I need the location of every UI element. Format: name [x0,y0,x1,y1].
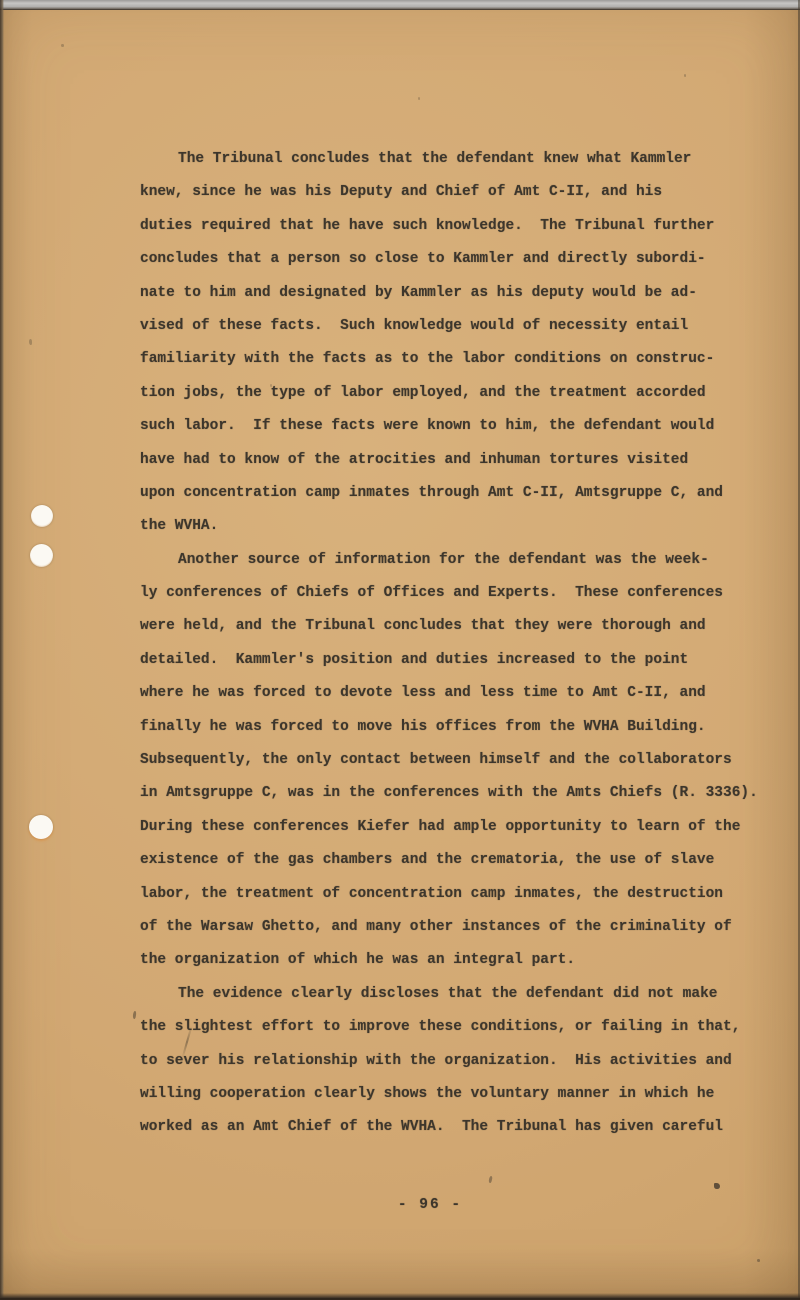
text-line: detailed. Kammler's position and duties … [140,644,780,677]
punch-hole [29,815,53,839]
paragraph: The Tribunal concludes that the defendan… [140,143,780,544]
text-line: were held, and the Tribunal concludes th… [140,610,780,643]
text-line: knew, since he was his Deputy and Chief … [140,176,780,209]
text-line: to sever his relationship with the organ… [140,1045,780,1078]
punch-hole [30,544,53,567]
scanner-edge-bottom [0,1293,800,1300]
text-line: The Tribunal concludes that the defendan… [140,143,780,176]
paragraph: The evidence clearly discloses that the … [140,978,780,1145]
text-line: of the Warsaw Ghetto, and many other ins… [140,911,780,944]
ink-speck [714,1183,720,1189]
text-line: nate to him and designated by Kammler as… [140,277,780,310]
text-line: labor, the treatment of concentration ca… [140,878,780,911]
ink-speck [61,44,64,47]
text-line: upon concentration camp inmates through … [140,477,780,510]
text-line: where he was forced to devote less and l… [140,677,780,710]
text-line: Another source of information for the de… [140,544,780,577]
paragraph: Another source of information for the de… [140,544,780,978]
text-line: The evidence clearly discloses that the … [140,978,780,1011]
text-line: familiarity with the facts as to the lab… [140,343,780,376]
text-line: vised of these facts. Such knowledge wou… [140,310,780,343]
text-line: finally he was forced to move his office… [140,711,780,744]
text-line: worked as an Amt Chief of the WVHA. The … [140,1111,780,1144]
ink-speck [488,1176,493,1184]
punch-hole [31,505,53,527]
text-body: The Tribunal concludes that the defendan… [140,143,780,1145]
text-line: ly conferences of Chiefs of Offices and … [140,577,780,610]
text-line: During these conferences Kiefer had ampl… [140,811,780,844]
text-line: such labor. If these facts were known to… [140,410,780,443]
page-number: - 96 - [140,1197,720,1213]
text-line: tion jobs, the type of labor employed, a… [140,377,780,410]
ink-speck [418,97,420,100]
text-line: Subsequently, the only contact between h… [140,744,780,777]
scanner-edge-top [0,0,800,10]
text-line: existence of the gas chambers and the cr… [140,844,780,877]
ink-speck [132,1011,136,1019]
text-line: concludes that a person so close to Kamm… [140,243,780,276]
ink-speck [270,384,272,387]
ink-speck [684,74,686,77]
text-line: duties required that he have such knowle… [140,210,780,243]
ink-speck [757,1259,760,1262]
text-line: the organization of which he was an inte… [140,944,780,977]
text-line: the WVHA. [140,510,780,543]
scanned-page: The Tribunal concludes that the defendan… [0,0,800,1300]
scanner-edge-left [0,0,4,1300]
text-line: have had to know of the atrocities and i… [140,444,780,477]
text-line: in Amtsgruppe C, was in the conferences … [140,777,780,810]
text-line: willing cooperation clearly shows the vo… [140,1078,780,1111]
ink-speck [29,339,32,345]
text-line: the slightest effort to improve these co… [140,1011,780,1044]
